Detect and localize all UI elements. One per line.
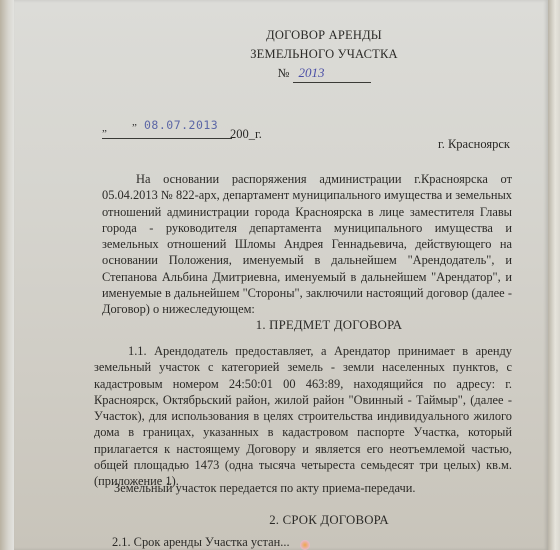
preamble-paragraph: На основании распоряжения администрации … <box>102 171 512 318</box>
date-close-quote: ” <box>132 122 137 134</box>
date-underline <box>102 138 232 139</box>
transfer-paragraph: Земельный участок передается по акту при… <box>94 480 512 496</box>
clause-2-1-text: 2.1. Срок аренды Участка устан... <box>112 535 290 549</box>
handwritten-contract-number: 2013 <box>293 64 371 83</box>
date-open-quote: „ <box>102 122 107 134</box>
section-2-heading: 2. СРОК ДОГОВОРА <box>229 513 429 528</box>
number-label: № <box>277 66 289 80</box>
document-title-line2: ЗЕМЕЛЬНОГО УЧАСТКА <box>194 45 454 64</box>
document-content: ДОГОВОР АРЕНДЫ ЗЕМЕЛЬНОГО УЧАСТКА № 2013… <box>14 0 548 550</box>
clause-1-1-text: 1.1. Арендодатель предоставляет, а Аренд… <box>94 344 512 488</box>
date-year-suffix: 200_г. <box>230 127 262 142</box>
adjacent-page-edge <box>0 0 14 550</box>
contract-number: № 2013 <box>194 64 454 83</box>
contract-city: г. Красноярск <box>438 137 510 152</box>
transfer-text: Земельный участок передается по акту при… <box>114 481 415 495</box>
document-page: ДОГОВОР АРЕНДЫ ЗЕМЕЛЬНОГО УЧАСТКА № 2013… <box>14 0 548 550</box>
color-blot <box>300 540 310 550</box>
section-1-heading: 1. ПРЕДМЕТ ДОГОВОРА <box>214 318 444 333</box>
document-title-block: ДОГОВОР АРЕНДЫ ЗЕМЕЛЬНОГО УЧАСТКА № 2013 <box>194 26 454 83</box>
document-title-line1: ДОГОВОР АРЕНДЫ <box>194 26 454 45</box>
page-right-edge <box>548 0 560 550</box>
preamble-text: На основании распоряжения администрации … <box>102 172 512 316</box>
clause-1-1-paragraph: 1.1. Арендодатель предоставляет, а Аренд… <box>94 343 512 490</box>
stamped-date: 08.07.2013 <box>144 118 218 132</box>
